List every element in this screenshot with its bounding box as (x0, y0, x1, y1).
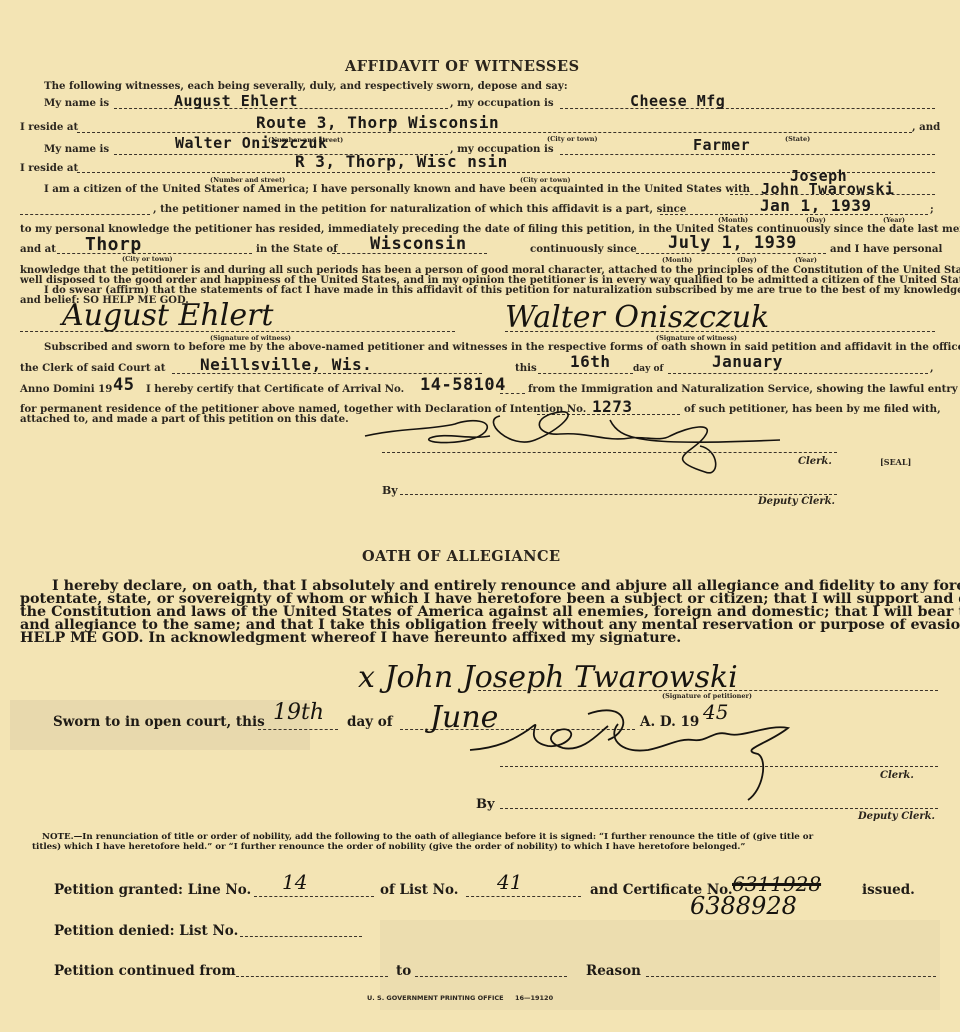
arrival-number-line (500, 393, 525, 394)
witness1-and-label: , and (912, 121, 940, 133)
and-at-label: and at (20, 243, 56, 255)
to-label: to (396, 963, 411, 979)
denied-list-line (240, 936, 362, 937)
continued-from-line (236, 976, 388, 977)
arrival-number-field[interactable]: 14-58104 (420, 375, 506, 395)
from-statement: from the Immigration and Naturalization … (528, 383, 958, 395)
reason-label: Reason (586, 963, 641, 979)
witness2-reside-label: I reside at (20, 162, 78, 174)
personal-label: and I have personal (830, 243, 942, 255)
affidavit-title: AFFIDAVIT OF WITNESSES (345, 58, 580, 75)
since-date-field[interactable]: Jan 1, 1939 (760, 196, 871, 215)
caption-state: (State) (785, 135, 810, 143)
sworn-day-line (258, 729, 338, 730)
witness2-name-label: My name is (44, 143, 109, 155)
petition-denied-label: Petition denied: List No. (54, 923, 238, 939)
oath-clerk-label: Clerk. (880, 770, 914, 781)
naturalization-document: AFFIDAVIT OF WITNESSES The following wit… (0, 0, 960, 1032)
line-number-field[interactable]: 14 (282, 870, 307, 894)
month-field[interactable]: January (712, 352, 783, 371)
note-line-2: titles) which I have heretofore held.” o… (32, 842, 745, 852)
clerk-court-label: the Clerk of said Court at (20, 362, 165, 374)
witness2-address-field[interactable]: R 3, Thorp, Wisc nsin (295, 152, 508, 171)
petition-continued-label: Petition continued from (54, 963, 236, 979)
reason-line (646, 976, 936, 977)
continuous-date-field[interactable]: July 1, 1939 (668, 233, 797, 253)
day-field[interactable]: 16th (570, 352, 611, 371)
petition-granted-label: Petition granted: Line No. (54, 882, 251, 898)
clerk-signature (468, 700, 828, 805)
witness2-signature: Walter Oniszczuk (505, 300, 769, 335)
witness1-occupation-field[interactable]: Cheese Mfg (630, 92, 725, 110)
witness1-name-field[interactable]: August Ehlert (174, 92, 298, 110)
deputy-clerk-line (400, 494, 837, 495)
line-number-line (254, 896, 374, 897)
caption-day: (Day) (737, 256, 757, 264)
witness1-address-field[interactable]: Route 3, Thorp Wisconsin (256, 113, 499, 132)
continuous-date-line (636, 253, 826, 254)
printer-footer: U. S. GOVERNMENT PRINTING OFFICE 16—1912… (367, 994, 553, 1002)
petition-statement: , the petitioner named in the petition f… (153, 203, 686, 215)
note-line-1: NOTE.—In renunciation of title or order … (42, 832, 813, 842)
witness1-name-label: My name is (44, 97, 109, 109)
state-field[interactable]: Wisconsin (370, 234, 467, 254)
oath-line-5: HELP ME GOD. In acknowledgment whereof I… (20, 632, 681, 645)
clerk-label: Clerk. (798, 456, 832, 467)
caption-month: (Month) (662, 256, 692, 264)
petitioner-blank-line (20, 214, 150, 215)
semicolon: ; (930, 203, 934, 215)
month-line (668, 373, 928, 374)
clerk-signature-line (382, 452, 837, 453)
witness1-reside-label: I reside at (20, 121, 78, 133)
subscribed-statement: Subscribed and sworn to before me by the… (44, 341, 960, 353)
day-of-label: day of (633, 364, 663, 374)
petitioner-signature-line (478, 690, 938, 691)
deputy-clerk-label: Deputy Clerk. (758, 496, 835, 507)
affidavit-intro: The following witnesses, each being seve… (44, 80, 568, 92)
this-label: this (515, 362, 537, 374)
certificate-number-field[interactable]: 6388928 (690, 892, 797, 920)
clerk-signature (360, 410, 840, 480)
anno-domini-label: Anno Domini 19 (20, 383, 112, 395)
resided-statement: to my personal knowledge the petitioner … (20, 223, 960, 235)
list-label: of List No. (380, 882, 458, 898)
caption-city: (City or town) (547, 135, 598, 143)
continuously-label: continuously since (530, 243, 637, 255)
witness1-signature: August Ehlert (62, 298, 273, 333)
state-label: in the State of (256, 243, 338, 255)
city-field[interactable]: Thorp (85, 234, 142, 255)
witness2-occupation-line (560, 154, 935, 155)
attached-statement: attached to, and made a part of this pet… (20, 413, 349, 425)
witness1-address-line (77, 132, 912, 133)
anno-year-field[interactable]: 45 (113, 375, 134, 395)
caption-city-town: (City or town) (122, 255, 173, 263)
oath-deputy-clerk-label: Deputy Clerk. (858, 811, 935, 822)
court-location-field[interactable]: Neillsville, Wis. (200, 355, 372, 374)
oath-clerk-signature-line (500, 766, 938, 767)
witness2-occupation-field[interactable]: Farmer (693, 136, 750, 154)
oath-deputy-clerk-line (500, 808, 938, 809)
sworn-label: Sworn to in open court, this (53, 714, 265, 730)
witness2-name-field[interactable]: Walter Oniszczuk (175, 134, 328, 152)
certify-statement: I hereby certify that Certificate of Arr… (146, 383, 404, 395)
issued-label: issued. (862, 882, 915, 898)
by-label: By (382, 484, 398, 497)
witness1-occupation-label: , my occupation is (450, 97, 554, 109)
sworn-day-field[interactable]: 19th (273, 700, 324, 725)
list-number-line (466, 896, 581, 897)
day-of-label: day of (347, 714, 393, 730)
comma: , (930, 362, 934, 374)
citizen-statement: I am a citizen of the United States of A… (44, 183, 750, 195)
oath-by-label: By (476, 797, 495, 812)
seal-label: [SEAL] (880, 457, 911, 467)
oath-title: OATH OF ALLEGIANCE (362, 548, 561, 565)
list-number-field[interactable]: 41 (497, 870, 522, 894)
petitioner-signature-caption: (Signature of petitioner) (662, 692, 752, 700)
day-line (538, 373, 633, 374)
caption-year: (Year) (795, 256, 817, 264)
continued-to-line (415, 976, 567, 977)
witness1-occupation-line (560, 108, 935, 109)
